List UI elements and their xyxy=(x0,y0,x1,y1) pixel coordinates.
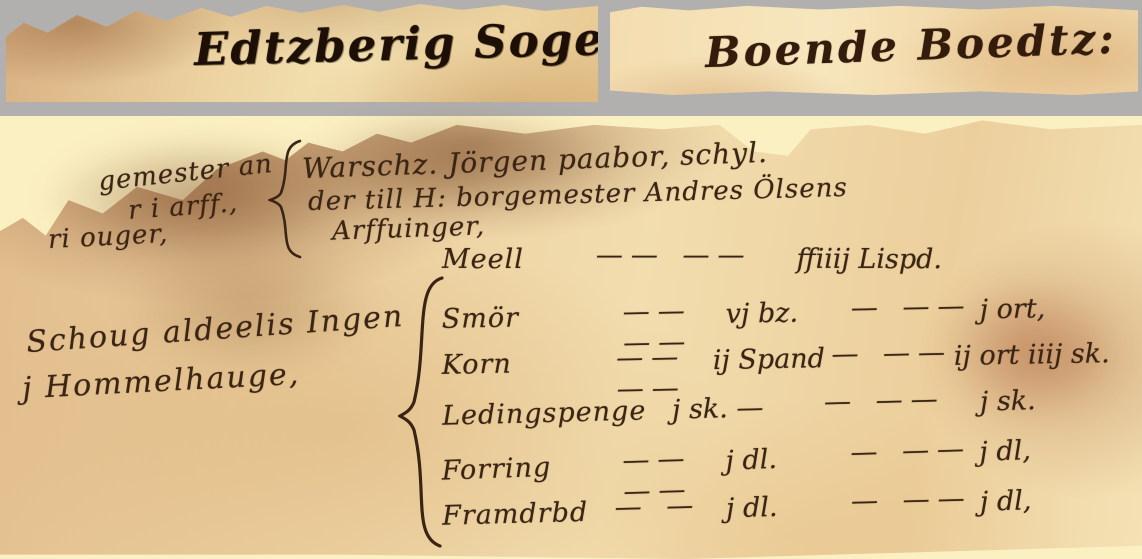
due-row-meell: Meell —— —— ffiiij Lispd. xyxy=(442,244,942,275)
due-item-label: Framdrbd xyxy=(442,497,591,532)
header-scrap-right: Boende Boedtz: xyxy=(610,5,1138,95)
due-amount: j sk. — xyxy=(672,392,791,426)
due-amount: vj bz. xyxy=(725,297,844,330)
due-item-label: Korn xyxy=(442,347,591,381)
hand-dash: — —— xyxy=(843,483,980,518)
scanned-document: Edtzberig Sogen, Boende Boedtz: gemester… xyxy=(0,0,1142,559)
hand-dash: — —— xyxy=(843,290,980,323)
due-money-value: j sk. xyxy=(980,383,1111,417)
due-item-label: Ledingspenge xyxy=(442,395,663,432)
heirs-note-line: Arffuinger, xyxy=(332,211,486,246)
parish-title: Edtzberig Sogen, xyxy=(193,11,598,76)
hand-dash: — — xyxy=(590,489,727,524)
hand-dash: —— —— xyxy=(552,240,796,271)
hand-dash: — —— xyxy=(843,433,980,469)
manuscript-sheet: gemester an r i arff., ri ouger, Warschz… xyxy=(0,116,1142,559)
due-amount: ffiiij Lispd. xyxy=(796,244,942,275)
due-amount: j dl. xyxy=(726,490,845,524)
header-scrap-left: Edtzberig Sogen, xyxy=(6,3,598,102)
due-amount: j dl. xyxy=(725,442,844,477)
due-money-value: j dl, xyxy=(980,483,1111,517)
fragment-line: ri ouger, xyxy=(47,219,169,255)
due-item-label: Smör xyxy=(442,301,591,335)
due-money-value: j dl, xyxy=(979,432,1110,468)
due-amount: ij Spand xyxy=(713,343,832,376)
large-brace xyxy=(398,274,444,550)
due-money-value: ij ort iiij sk. xyxy=(954,338,1110,372)
due-item-label: Forring xyxy=(441,451,590,487)
small-brace xyxy=(268,138,302,260)
hand-dash: — —— xyxy=(789,383,980,419)
section-title: Boende Boedtz: xyxy=(704,14,1117,77)
due-item-label: Meell xyxy=(442,244,552,275)
hand-dash: — —— xyxy=(830,337,954,370)
due-money-value: j ort, xyxy=(979,292,1110,325)
